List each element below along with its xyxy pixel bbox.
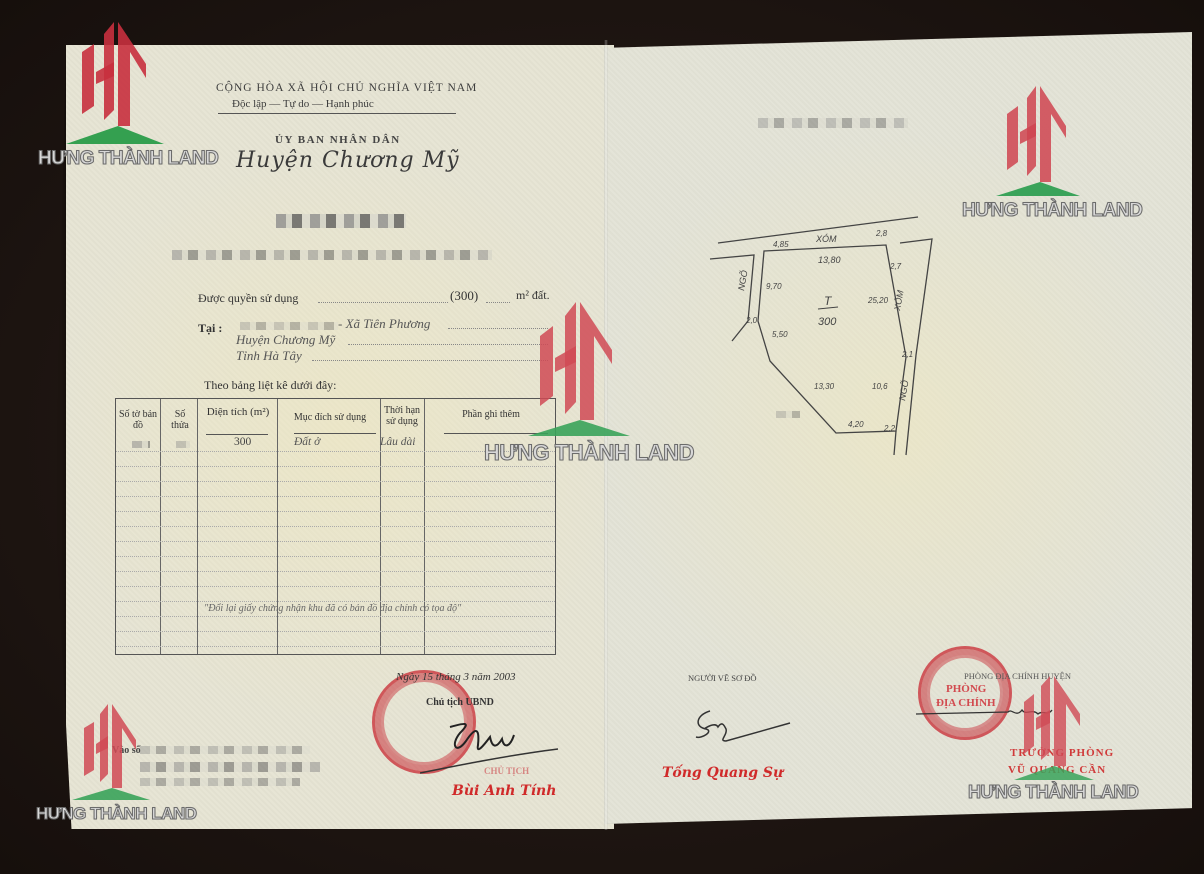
area-underline	[206, 434, 268, 435]
row-rule	[116, 541, 555, 542]
drafter-signature	[690, 705, 800, 750]
redacted-parcel-header	[758, 118, 908, 128]
row-rule	[116, 496, 555, 497]
usage-right-area: (300)	[450, 288, 478, 304]
brand-logo-icon	[56, 22, 206, 144]
redacted-neighbor-label	[776, 411, 800, 418]
road-top-label: XÓM	[815, 234, 837, 244]
issuer-district: Huyện Chương Mỹ	[236, 148, 460, 173]
purpose-underline	[294, 433, 376, 434]
svg-text:10,6: 10,6	[872, 382, 888, 391]
row-rule	[116, 511, 555, 512]
row-rule	[116, 631, 555, 632]
drafter-name: Tống Quang Sự	[662, 765, 783, 781]
header-duration: Thời hạn sử dụng	[380, 405, 424, 427]
issue-date: Ngày 15 tháng 3 năm 2003	[396, 671, 515, 683]
svg-text:4,20: 4,20	[848, 420, 864, 429]
usage-right-dotline	[318, 302, 448, 303]
plot-area-label: 300	[818, 316, 837, 328]
signer-title: Chủ tịch UBND	[426, 697, 494, 708]
land-parcel-sketch: 4,85 XÓM 2,8 13,80 2,7 NGÕ 9,70 2,0 T 30…	[700, 205, 960, 465]
redacted-location-hamlet	[240, 322, 338, 330]
drafter-label: NGƯỜI VẼ SƠ ĐỒ	[688, 673, 757, 683]
svg-text:4,85: 4,85	[773, 240, 789, 249]
cell-purpose: Đất ở	[294, 436, 320, 448]
row-rule	[116, 466, 555, 467]
row-rule	[116, 601, 555, 602]
svg-text:2,7: 2,7	[889, 262, 902, 271]
land-ledger-table: Số tờ bản đồ Số thửa Diện tích (m²) Mục …	[115, 398, 556, 655]
location-province: Tỉnh Hà Tây	[236, 348, 302, 364]
usage-right-dotline-2	[486, 302, 510, 303]
svg-text:9,70: 9,70	[766, 282, 782, 291]
svg-text:25,20: 25,20	[867, 296, 889, 305]
brand-logo-icon	[1004, 676, 1154, 780]
row-rule	[116, 586, 555, 587]
location-label: Tại :	[198, 321, 222, 336]
svg-text:2,8: 2,8	[875, 229, 888, 238]
brand-logo-icon	[508, 300, 688, 440]
row-rule	[116, 616, 555, 617]
watermark-brand-text: HƯNG THÀNH LAND	[484, 440, 694, 466]
header-purpose: Mục đích sử dụng	[280, 412, 380, 423]
row-rule	[116, 526, 555, 527]
row-rule	[116, 571, 555, 572]
seal-text-line1: PHÒNG	[946, 683, 986, 695]
road-left-label: NGÕ	[736, 269, 749, 291]
cell-duration: Lâu dài	[380, 436, 415, 448]
header-map-sheet: Số tờ bản đồ	[116, 409, 160, 431]
row-rule	[116, 481, 555, 482]
road-right-lower-label: NGÕ	[897, 379, 910, 401]
signer-name: Bùi Anh Tính	[452, 783, 556, 799]
row-rule	[116, 646, 555, 647]
svg-text:13,30: 13,30	[814, 382, 835, 391]
watermark-brand-text: HƯNG THÀNH LAND	[36, 804, 197, 824]
table-footnote: "Đổi lại giấy chứng nhận khu đã có bản đ…	[204, 603, 461, 614]
table-intro: Theo bảng liệt kê dưới đây:	[204, 378, 336, 393]
location-commune: - Xã Tiên Phương	[338, 316, 430, 332]
redacted-owner-details	[172, 250, 492, 260]
watermark-brand-text: HƯNG THÀNH LAND	[968, 782, 1138, 803]
land-type-label: T	[824, 294, 833, 308]
location-district: Huyện Chương Mỹ	[236, 332, 335, 348]
national-title: CỘNG HÒA XÃ HỘI CHỦ NGHĨA VIỆT NAM	[216, 82, 477, 94]
header-divider	[218, 113, 456, 114]
brand-logo-icon	[66, 704, 216, 800]
signer-stamp-title: CHỦ TỊCH	[484, 766, 529, 776]
redacted-parcel-no	[176, 441, 190, 448]
row-rule	[116, 556, 555, 557]
svg-text:2,1: 2,1	[901, 350, 913, 359]
issuer-title: ỦY BAN NHÂN DÂN	[275, 134, 401, 146]
national-motto: Độc lập — Tự do — Hạnh phúc	[232, 98, 374, 110]
watermark-brand-text: HƯNG THÀNH LAND	[38, 148, 218, 170]
redacted-owner-name	[276, 214, 406, 228]
cell-area: 300	[234, 436, 251, 448]
header-area: Diện tích (m²)	[204, 407, 272, 418]
usage-right-label: Được quyền sử dụng	[198, 291, 298, 306]
svg-text:13,80: 13,80	[818, 255, 841, 265]
header-parcel-no: Số thửa	[166, 409, 194, 431]
svg-text:2,0: 2,0	[745, 316, 758, 325]
brand-logo-icon	[982, 86, 1132, 198]
svg-text:5,50: 5,50	[772, 330, 788, 339]
watermark-brand-text: HƯNG THÀNH LAND	[962, 200, 1142, 222]
redacted-map-sheet	[132, 441, 150, 448]
svg-text:2,2: 2,2	[883, 424, 896, 433]
